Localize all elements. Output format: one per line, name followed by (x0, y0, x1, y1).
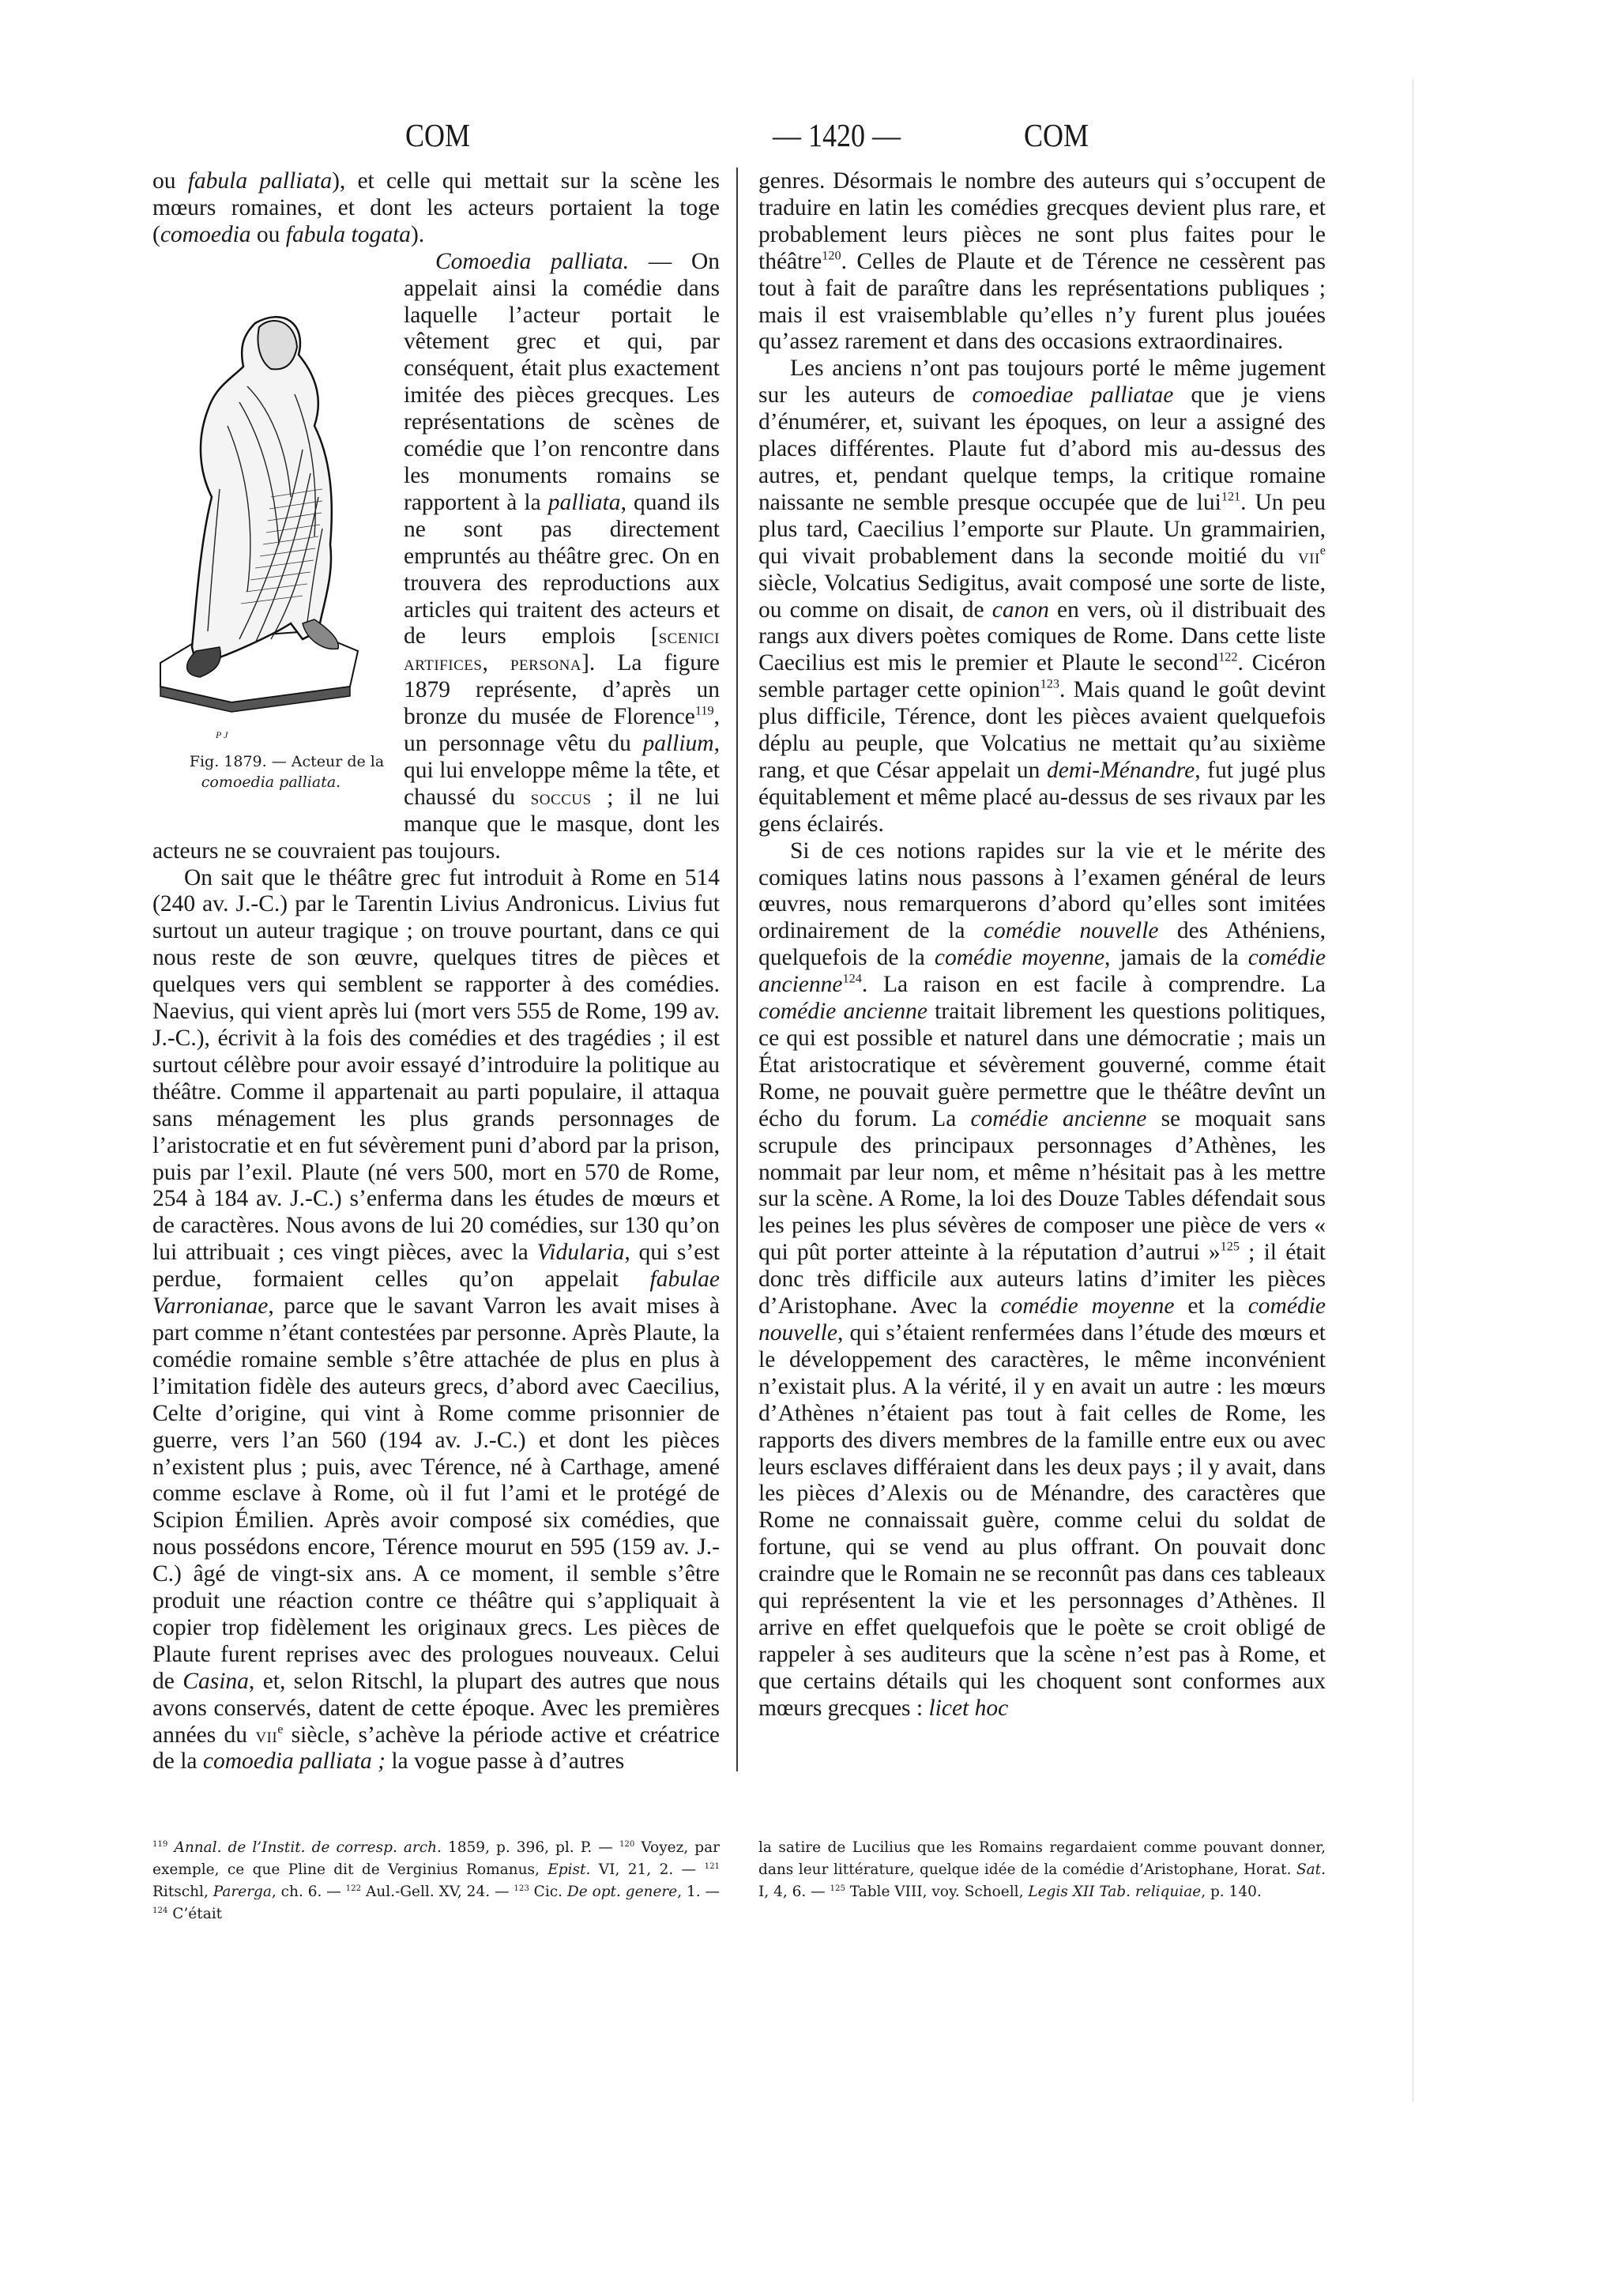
left-column: ou fabula palliata), et celle qui mettai… (152, 168, 720, 1775)
statue-illustration-icon (152, 292, 382, 718)
footnotes-left: 119 Annal. de l’Instit. de corresp. arch… (152, 1837, 720, 1925)
paragraph-history: On sait que le théâtre grec fut introdui… (152, 865, 720, 1776)
page-number: — 1420 — (773, 116, 901, 154)
running-head-right: COM (1024, 116, 1089, 154)
figure-caption-line1: Fig. 1879. — Acteur de la (190, 753, 384, 770)
figure-caption: Fig. 1879. — Acteur de la comoedia palli… (152, 751, 389, 792)
paragraph-judgement: Les anciens n’ont pas toujours porté le … (758, 356, 1326, 837)
engraver-signature: P J (184, 722, 228, 749)
dictionary-page: COM — 1420 — COM ou fabula palliata), et… (0, 0, 1618, 2296)
paragraph-genres: genres. Désormais le nombre des auteurs … (758, 168, 1326, 356)
running-head-left: COM (405, 116, 470, 154)
paragraph-palliata: P J Fig. 1879. — Acteur de la comoedia p… (152, 249, 720, 865)
paragraph-intro: ou fabula palliata), et celle qui mettai… (152, 168, 720, 249)
footnotes-left-text: 119 Annal. de l’Instit. de corresp. arch… (152, 1837, 720, 1925)
footnotes-right-text: la satire de Lucilius que les Romains re… (758, 1837, 1326, 1903)
paragraph-imitation: Si de ces notions rapides sur la vie et … (758, 838, 1326, 1722)
column-divider (736, 167, 738, 1771)
figure-1879: P J Fig. 1879. — Acteur de la comoedia p… (152, 252, 389, 821)
figure-caption-line2: comoedia palliata. (201, 773, 341, 791)
footnotes-right: la satire de Lucilius que les Romains re… (758, 1837, 1326, 1903)
scan-edge-line (1413, 79, 1413, 2102)
right-column: genres. Désormais le nombre des auteurs … (758, 168, 1326, 1722)
